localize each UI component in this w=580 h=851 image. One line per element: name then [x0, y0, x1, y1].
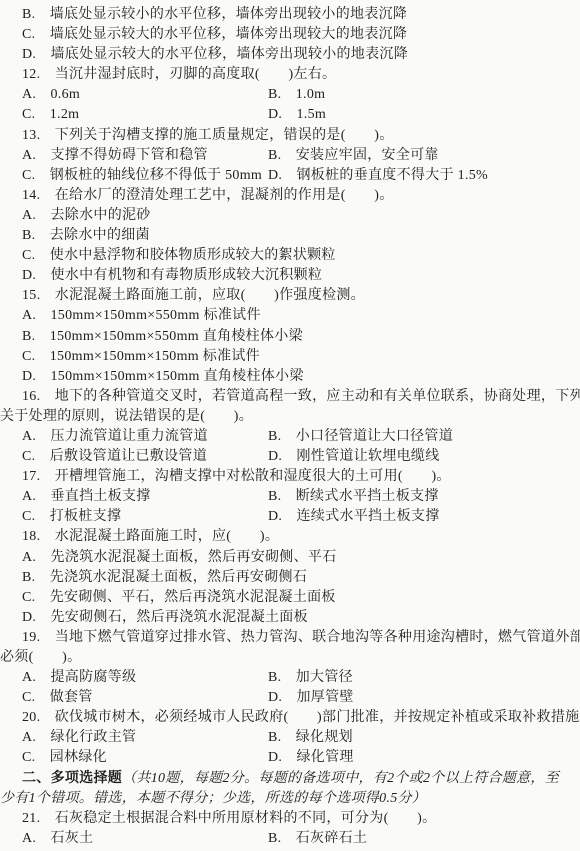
question-line: 14. 在给水厂的澄清处理工艺中，混凝剂的作用是( )。 [22, 186, 580, 206]
option-left: C. 钢板桩的轴线位移不得低于 50mm [22, 166, 268, 186]
option-pair-row: C. 打板桩支撑D. 连续式水平挡土板支撑 [22, 507, 580, 527]
option-right: D. 1.5m [268, 105, 580, 125]
option-right: D. 钢板桩的垂直度不得大于 1.5% [268, 166, 580, 186]
option-left: A. 垂直挡土板支撑 [22, 487, 268, 507]
option-pair-row: A. 石灰土B. 石灰碎石土 [22, 829, 580, 849]
question-line: 18. 水泥混凝土路面施工时，应( )。 [22, 527, 580, 547]
question-line: 20. 砍伐城市树木，必须经城市人民政府( )部门批准，并按规定补植或采取补救措… [22, 708, 580, 728]
option-line: B. 150mm×150mm×550mm 直角棱柱体小梁 [22, 327, 580, 347]
question-line: 12. 当沉井湿封底时，刃脚的高度取( )左右。 [22, 65, 580, 85]
option-line: C. 150mm×150mm×150mm 标准试件 [22, 347, 580, 367]
option-right: D. 绿化管理 [268, 748, 580, 768]
continuation-line: 关于处理的原则，说法错误的是( )。 [0, 407, 580, 427]
section-note: （共10题，每题2分。每题的备选项中，有2个或2个以上符合题意，至 [122, 771, 559, 786]
option-line: C. 墙底处显示较大的水平位移，墙体旁出现较大的地表沉降 [22, 25, 580, 45]
question-line: 19. 当地下燃气管道穿过排水管、热力管沟、联合地沟等各种用途沟槽时，燃气管道外… [22, 628, 580, 648]
option-line: D. 墙底处显示较大的水平位移，墙体旁出现较小的地表沉降 [22, 45, 580, 65]
option-right: B. 小口径管道让大口径管道 [268, 427, 580, 447]
option-left: A. 支撑不得妨碍下管和稳管 [22, 146, 268, 166]
option-line: D. 先安砌侧石，然后再浇筑水泥混凝土面板 [22, 608, 580, 628]
option-left: C. 1.2m [22, 105, 268, 125]
option-pair-row: C. 园林绿化D. 绿化管理 [22, 748, 580, 768]
option-line: C. 先安砌侧、平石，然后再浇筑水泥混凝土面板 [22, 588, 580, 608]
option-pair-row: A. 支撑不得妨碍下管和稳管B. 安装应牢固，安全可靠 [22, 146, 580, 166]
option-pair-row: C. 后敷设管道让已敷设管道D. 刚性管道让软埋电缆线 [22, 447, 580, 467]
option-left: A. 绿化行政主管 [22, 728, 268, 748]
option-right: B. 安装应牢固，安全可靠 [268, 146, 580, 166]
option-right: B. 石灰碎石土 [268, 829, 580, 849]
question-line: 13. 下列关于沟槽支撑的施工质量规定，错误的是( )。 [22, 126, 580, 146]
section-header: 二、多项选择题（共10题，每题2分。每题的备选项中，有2个或2个以上符合题意，至 [22, 769, 580, 789]
question-line: 16. 地下的各种管道交叉时，若管道高程一致，应主动和有关单位联系，协商处理，下… [22, 387, 580, 407]
option-left: A. 提高防腐等级 [22, 668, 268, 688]
option-left: C. 做套管 [22, 688, 268, 708]
option-left: C. 园林绿化 [22, 748, 268, 768]
option-left: C. 打板桩支撑 [22, 507, 268, 527]
option-left: A. 石灰土 [22, 829, 268, 849]
question-line: 21. 石灰稳定土根据混合料中所用原材料的不同，可分为( )。 [22, 809, 580, 829]
option-right: B. 绿化规划 [268, 728, 580, 748]
option-pair-row: A. 绿化行政主管B. 绿化规划 [22, 728, 580, 748]
option-line: B. 去除水中的细菌 [22, 226, 580, 246]
continuation-line: 少有1个错项。错选，本题不得分；少选，所选的每个选项得0.5分） [0, 789, 580, 809]
option-line: A. 先浇筑水泥混凝土面板，然后再安砌侧、平石 [22, 548, 580, 568]
option-line: D. 使水中有机物和有毒物质形成较大沉积颗粒 [22, 266, 580, 286]
option-line: A. 去除水中的泥砂 [22, 206, 580, 226]
option-pair-row: C. 1.2mD. 1.5m [22, 105, 580, 125]
option-pair-row: A. 压力流管道让重力流管道B. 小口径管道让大口径管道 [22, 427, 580, 447]
continuation-line: 必须( )。 [0, 648, 580, 668]
section-title: 二、多项选择题 [22, 771, 122, 786]
option-line: A. 150mm×150mm×550mm 标准试件 [22, 306, 580, 326]
option-right: D. 刚性管道让软埋电缆线 [268, 447, 580, 467]
option-line: D. 150mm×150mm×150mm 直角棱柱体小梁 [22, 367, 580, 387]
option-left: A. 压力流管道让重力流管道 [22, 427, 268, 447]
option-right: B. 加大管径 [268, 668, 580, 688]
option-pair-row: C. 钢板桩的轴线位移不得低于 50mmD. 钢板桩的垂直度不得大于 1.5% [22, 166, 580, 186]
question-line: 15. 水泥混凝土路面施工前，应取( )作强度检测。 [22, 286, 580, 306]
question-line: 17. 开槽埋管施工，沟槽支撑中对松散和湿度很大的土可用( )。 [22, 467, 580, 487]
option-pair-row: A. 提高防腐等级B. 加大管径 [22, 668, 580, 688]
option-left: A. 0.6m [22, 85, 268, 105]
option-right: D. 连续式水平挡土板支撑 [268, 507, 580, 527]
option-right: D. 加厚管壁 [268, 688, 580, 708]
option-line: C. 使水中悬浮物和胶体物质形成较大的絮状颗粒 [22, 246, 580, 266]
option-pair-row: A. 垂直挡土板支撑B. 断续式水平挡土板支撑 [22, 487, 580, 507]
option-left: C. 后敷设管道让已敷设管道 [22, 447, 268, 467]
option-right: B. 断续式水平挡土板支撑 [268, 487, 580, 507]
option-pair-row: A. 0.6mB. 1.0m [22, 85, 580, 105]
option-line: B. 墙底处显示较小的水平位移，墙体旁出现较小的地表沉降 [22, 5, 580, 25]
option-pair-row: C. 做套管D. 加厚管壁 [22, 688, 580, 708]
option-line: B. 先浇筑水泥混凝土面板，然后再安砌侧石 [22, 568, 580, 588]
option-right: B. 1.0m [268, 85, 580, 105]
exam-page: B. 墙底处显示较小的水平位移，墙体旁出现较小的地表沉降C. 墙底处显示较大的水… [0, 0, 580, 849]
